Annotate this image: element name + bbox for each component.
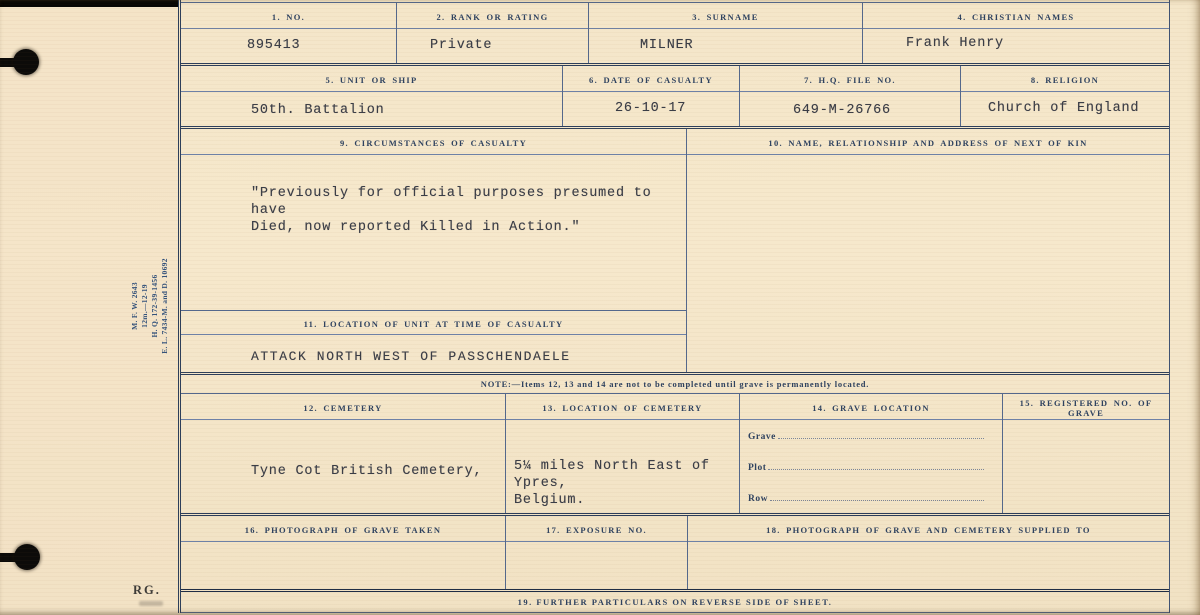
field-surname: 3. SURNAME MILNER <box>589 3 863 63</box>
row-fields-16-18: 16. PHOTOGRAPH OF GRAVE TAKEN 17. EXPOSU… <box>181 516 1169 592</box>
field-christian-names-label: 4. CHRISTIAN NAMES <box>863 3 1169 29</box>
row-fields-12-15: 12. CEMETERY Tyne Cot British Cemetery, … <box>181 394 1169 516</box>
grave-label: Grave <box>748 432 776 442</box>
field-rank-label: 2. RANK OR RATING <box>397 3 588 29</box>
field-hq-file-no-label: 7. H.Q. FILE NO. <box>740 66 960 92</box>
punch-hole-top <box>13 49 39 75</box>
field-rank-value: Private <box>397 29 588 53</box>
field-cemetery-location-value: 5¼ miles North East of Ypres, Belgium. <box>506 420 739 509</box>
field-no-value: 895413 <box>181 29 396 53</box>
form-code-line: M. F. W. 2643 <box>130 246 140 366</box>
field-unit-value: 50th. Battalion <box>181 92 562 118</box>
grave-location-lines: Grave Plot Row <box>740 420 1002 506</box>
field-photo-supplied-label: 18. PHOTOGRAPH OF GRAVE AND CEMETERY SUP… <box>688 516 1169 542</box>
field-cemetery-location: 13. LOCATION OF CEMETERY 5¼ miles North … <box>506 394 740 513</box>
form-code-line: E. L. 7434-M. and D. 10692 <box>160 246 170 366</box>
field-unit-location-value: ATTACK NORTH WEST OF PASSCHENDAELE <box>181 335 686 364</box>
row-fields-9-10-11: 9. CIRCUMSTANCES OF CASUALTY "Previously… <box>181 129 1169 372</box>
field-date-of-casualty: 6. DATE OF CASUALTY 26-10-17 <box>563 66 740 126</box>
field-rank: 2. RANK OR RATING Private <box>397 3 589 63</box>
grave-line: Grave <box>748 420 990 444</box>
field-cemetery-location-label: 13. LOCATION OF CEMETERY <box>506 394 739 420</box>
field-date-of-casualty-label: 6. DATE OF CASUALTY <box>563 66 739 92</box>
field-cemetery: 12. CEMETERY Tyne Cot British Cemetery, <box>181 394 506 513</box>
note-row: NOTE:—Items 12, 13 and 14 are not to be … <box>181 372 1169 394</box>
ink-smudge <box>139 601 163 606</box>
field-date-of-casualty-value: 26-10-17 <box>563 92 739 116</box>
form-print-codes: M. F. W. 2643 12m.—12-19 H. Q. 172-39-14… <box>130 246 170 366</box>
scanned-casualty-card: M. F. W. 2643 12m.—12-19 H. Q. 172-39-14… <box>0 0 1200 615</box>
field-cemetery-label: 12. CEMETERY <box>181 394 505 420</box>
field-surname-label: 3. SURNAME <box>589 3 862 29</box>
field-next-of-kin: 10. NAME, RELATIONSHIP AND ADDRESS OF NE… <box>687 129 1169 372</box>
field-registered-no-label: 15. REGISTERED NO. OF GRAVE <box>1003 394 1169 420</box>
form-code-line: 12m.—12-19 <box>140 246 150 366</box>
field-religion-label: 8. RELIGION <box>961 66 1169 92</box>
binding-bar <box>0 0 178 7</box>
casualty-form: 1. NO. 895413 2. RANK OR RATING Private … <box>178 0 1170 613</box>
field-surname-value: MILNER <box>589 29 862 53</box>
field-exposure-no: 17. EXPOSURE NO. <box>506 516 688 589</box>
row-field-19: 19. FURTHER PARTICULARS ON REVERSE SIDE … <box>181 592 1169 613</box>
field-unit-label: 5. UNIT OR SHIP <box>181 66 562 92</box>
field-unit-location-label: 11. LOCATION OF UNIT AT TIME OF CASUALTY <box>181 311 686 335</box>
dotted-leader <box>768 469 984 470</box>
row-line: Row <box>748 475 990 506</box>
dotted-leader <box>778 438 984 439</box>
field-next-of-kin-value <box>687 155 1169 165</box>
field-circumstances: 9. CIRCUMSTANCES OF CASUALTY "Previously… <box>181 129 687 372</box>
field-photo-taken: 16. PHOTOGRAPH OF GRAVE TAKEN <box>181 516 506 589</box>
field-next-of-kin-label: 10. NAME, RELATIONSHIP AND ADDRESS OF NE… <box>687 129 1169 155</box>
further-particulars-text: 19. FURTHER PARTICULARS ON REVERSE SIDE … <box>518 597 833 607</box>
left-margin: M. F. W. 2643 12m.—12-19 H. Q. 172-39-14… <box>0 0 178 615</box>
plot-line: Plot <box>748 444 990 475</box>
field-christian-names: 4. CHRISTIAN NAMES Frank Henry <box>863 3 1169 63</box>
field-circumstances-label: 9. CIRCUMSTANCES OF CASUALTY <box>181 129 686 155</box>
dotted-leader <box>770 500 984 501</box>
field-unit: 5. UNIT OR SHIP 50th. Battalion <box>181 66 563 126</box>
punch-hole-bottom <box>14 544 40 570</box>
rg-stamp: RG. <box>133 583 161 598</box>
field-exposure-no-label: 17. EXPOSURE NO. <box>506 516 687 542</box>
field-christian-names-value: Frank Henry <box>863 29 1169 51</box>
field-no: 1. NO. 895413 <box>181 3 397 63</box>
field-no-label: 1. NO. <box>181 3 396 29</box>
field-photo-supplied: 18. PHOTOGRAPH OF GRAVE AND CEMETERY SUP… <box>688 516 1169 589</box>
field-circumstances-value: "Previously for official purposes presum… <box>181 155 686 236</box>
field-hq-file-no-value: 649-M-26766 <box>740 92 960 118</box>
note-text: NOTE:—Items 12, 13 and 14 are not to be … <box>481 379 869 389</box>
plot-label: Plot <box>748 463 766 473</box>
row-label: Row <box>748 494 768 504</box>
field-grave-location-label: 14. GRAVE LOCATION <box>740 394 1002 420</box>
field-religion: 8. RELIGION Church of England <box>961 66 1169 126</box>
field-registered-no: 15. REGISTERED NO. OF GRAVE <box>1003 394 1169 513</box>
field-religion-value: Church of England <box>961 92 1169 116</box>
field-grave-location: 14. GRAVE LOCATION Grave Plot Row <box>740 394 1003 513</box>
row-fields-1-4: 1. NO. 895413 2. RANK OR RATING Private … <box>181 3 1169 66</box>
field-cemetery-value: Tyne Cot British Cemetery, <box>181 420 505 479</box>
row-fields-5-8: 5. UNIT OR SHIP 50th. Battalion 6. DATE … <box>181 66 1169 129</box>
form-code-line: H. Q. 172-39-1456 <box>150 246 160 366</box>
field-photo-taken-label: 16. PHOTOGRAPH OF GRAVE TAKEN <box>181 516 505 542</box>
field-hq-file-no: 7. H.Q. FILE NO. 649-M-26766 <box>740 66 961 126</box>
